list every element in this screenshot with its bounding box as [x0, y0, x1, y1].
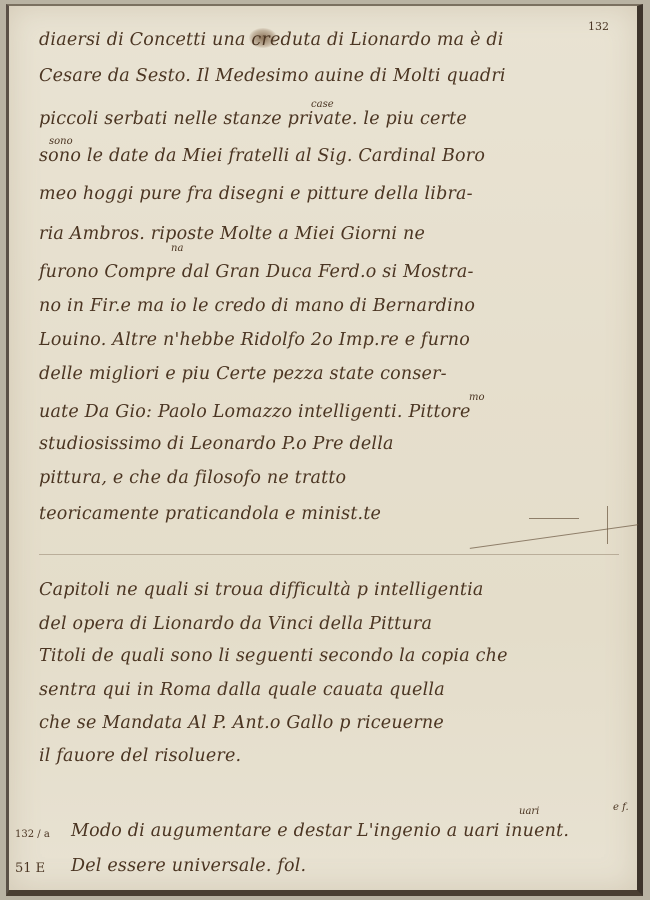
end-flourish [470, 524, 638, 549]
text-line: Capitoli ne quali si troua difficultà p … [39, 580, 484, 600]
text-line: Louino. Altre n'hebbe Ridolfo 2o Imp.re … [39, 330, 470, 350]
entry-line: Del essere universale. fol. [71, 856, 306, 876]
text-line: pittura, e che da filosofo ne tratto [39, 468, 346, 488]
entry-line: Modo di augumentare e destar L'ingenio a… [71, 821, 569, 841]
margin-reference: 51 E [15, 861, 45, 876]
text-line: Cesare da Sesto. Il Medesimo auine di Mo… [39, 66, 506, 86]
text-line: furono Compre dal Gran Duca Ferd.o si Mo… [39, 262, 474, 282]
folio-number: 132 [588, 20, 609, 33]
text-line: ria Ambros. riposte Molte a Miei Giorni … [39, 224, 425, 244]
text-line: meo hoggi pure fra disegni e pitture del… [39, 184, 473, 204]
superscript-mo: mo [469, 392, 485, 403]
text-line: diaersi di Concetti una creduta di Liona… [39, 30, 504, 50]
end-mark [607, 506, 608, 544]
text-line: del opera di Lionardo da Vinci della Pit… [39, 614, 432, 634]
text-line: studiosissimo di Leonardo P.o Pre della [39, 434, 394, 454]
text-line: il fauore del risoluere. [39, 746, 241, 766]
text-line: piccoli serbati nelle stanze private. le… [39, 109, 467, 129]
text-line: sentra qui in Roma dalla quale cauata qu… [39, 680, 445, 700]
end-dash [529, 518, 579, 519]
text-line: delle migliori e piu Certe pezza state c… [39, 364, 447, 384]
text-line: uate Da Gio: Paolo Lomazzo intelligenti.… [39, 402, 471, 422]
superscript-na: na [171, 243, 183, 254]
text-line: teoricamente praticandola e minist.te [39, 504, 381, 524]
superscript-uari: uari [519, 806, 539, 817]
manuscript-page: 132 case sono na mo diaersi di Concetti … [6, 4, 643, 896]
end-mark-ef: e f. [613, 802, 629, 813]
margin-reference: 132 / a [15, 829, 50, 840]
text-line: no in Fir.e ma io le credo di mano di Be… [39, 296, 475, 316]
text-line: Titoli de quali sono li seguenti secondo… [39, 646, 508, 666]
text-line: sono le date da Miei fratelli al Sig. Ca… [39, 146, 485, 166]
section-divider [39, 554, 619, 555]
text-line: che se Mandata Al P. Ant.o Gallo p riceu… [39, 713, 444, 733]
